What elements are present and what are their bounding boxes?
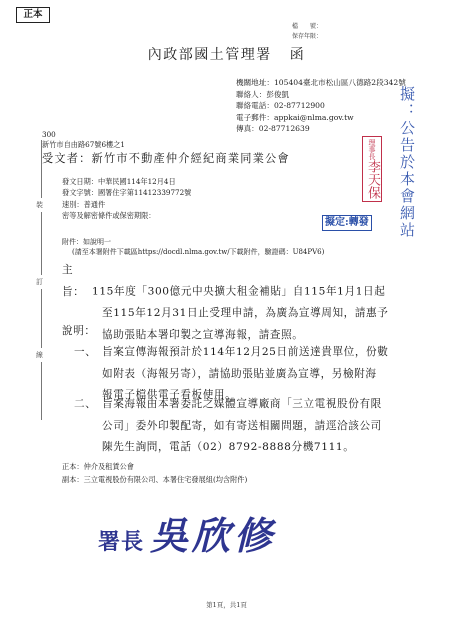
contact-fax: 傳真：02-87712639 xyxy=(236,123,406,135)
explanation-item-2: 二、 旨案海報由本署委託之媒體宣導廠商「三立電視股份有限 公司」委外印製配寄，如… xyxy=(102,394,453,459)
subject-section: 主旨：115年度「300億元中央擴大租金補貼」自115年1月1日起 至115年1… xyxy=(62,260,442,346)
chairman-seal-stamp: 理事長李天保 xyxy=(362,136,382,202)
subject-label: 主旨： xyxy=(62,260,92,303)
contact-phone: 聯絡電話：02-87712900 xyxy=(236,100,406,112)
contact-email[interactable]: 電子郵件：appkai@nlma.gov.tw xyxy=(236,112,406,124)
page-number: 第1頁，共1頁 xyxy=(0,600,453,609)
attachment-download-note[interactable]: (請至本署附件下載區https://docdl.nlma.gov.tw/下載附件… xyxy=(62,247,324,257)
stamp-title: 理事長 xyxy=(368,139,376,160)
item-number: 一、 xyxy=(74,342,96,364)
binding-label-zhuang: 裝 xyxy=(36,198,43,212)
explanation-label: 說明： xyxy=(62,321,96,343)
attachment-label: 附件：如說明一 xyxy=(62,237,324,247)
recipient-address: 300 新竹市自由路67號6樓之1 xyxy=(42,130,125,150)
postal-code: 300 xyxy=(42,130,125,140)
item-2-line-3: 陳先生詢問，電話（02）8792-8888分機7111。 xyxy=(102,437,453,459)
contact-info: 機關地址：105404臺北市松山區八德路2段342號 聯絡人：彭俊凱 聯絡電話：… xyxy=(236,77,406,135)
item-2-line-2: 公司」委外印製配寄，如有寄送相關問題，請逕洽該公司 xyxy=(102,416,453,438)
document-meta: 發文日期：中華民國114年12月4日 發文字號：國署住字第11412339772… xyxy=(62,176,191,221)
document-kind: 函 xyxy=(290,47,306,63)
attachment-info: 附件：如說明一 (請至本署附件下載區https://docdl.nlma.gov… xyxy=(62,237,324,257)
agency-name: 內政部國土管理署 xyxy=(148,47,272,63)
issue-date: 發文日期：中華民國114年12月4日 xyxy=(62,176,191,187)
street-address: 新竹市自由路67號6樓之1 xyxy=(42,140,125,150)
subject-line-2: 至115年12月31日止受理申請，為廣為宣導周知，請惠予 xyxy=(62,303,442,325)
item-number: 二、 xyxy=(74,394,96,416)
binding-label-xian: 線 xyxy=(36,348,43,362)
subject-line-1: 主旨：115年度「300億元中央擴大租金補貼」自115年1月1日起 xyxy=(62,260,442,303)
retention-period-label: 保存年限： xyxy=(292,31,322,40)
signature-name: 吳欣修 xyxy=(150,513,276,558)
binding-label-ding: 訂 xyxy=(36,275,43,289)
recipient-line: 受文者：新竹市不動產仲介經紀商業同業公會 xyxy=(42,150,290,166)
original-copy-badge: 正本 xyxy=(16,7,50,23)
document-title: 內政部國土管理署函 xyxy=(0,44,453,64)
signature-stamp: 署長吳欣修 xyxy=(98,505,276,560)
handwritten-note: 擬：公告於本會網站 xyxy=(397,86,417,239)
item-2-line-1: 旨案海報由本署委託之媒體宣導廠商「三立電視股份有限 xyxy=(102,394,453,416)
priority: 速別：普通件 xyxy=(62,199,191,210)
file-number-label: 檔 號： xyxy=(292,21,322,30)
contact-person: 聯絡人：彭俊凱 xyxy=(236,89,406,101)
subject-text-1: 115年度「300億元中央擴大租金補貼」自115年1月1日起 xyxy=(92,286,385,298)
agency-address: 機關地址：105404臺北市松山區八德路2段342號 xyxy=(236,77,406,89)
forward-decision-stamp: 擬定:轉發 xyxy=(322,215,372,231)
copy-recipients: 副本：三立電視股份有限公司、本署住宅發展組(均含附件) xyxy=(62,473,247,486)
doc-number: 發文字號：國署住字第11412339772號 xyxy=(62,187,191,198)
item-1-line-1: 旨案宣傳海報預計於114年12月25日前送達貴單位，份數 xyxy=(102,342,453,364)
original-recipients: 正本：仲介及租賃公會 xyxy=(62,460,247,473)
confidentiality: 密等及解密條件或保密期限： xyxy=(62,210,191,221)
signature-role: 署長 xyxy=(98,529,144,555)
distribution-list: 正本：仲介及租賃公會 副本：三立電視股份有限公司、本署住宅發展組(均含附件) xyxy=(62,460,247,486)
stamp-name: 李天保 xyxy=(365,160,380,199)
item-1-line-2: 如附表（海報另寄），請協助張貼並廣為宣導，另檢附海 xyxy=(102,364,453,386)
